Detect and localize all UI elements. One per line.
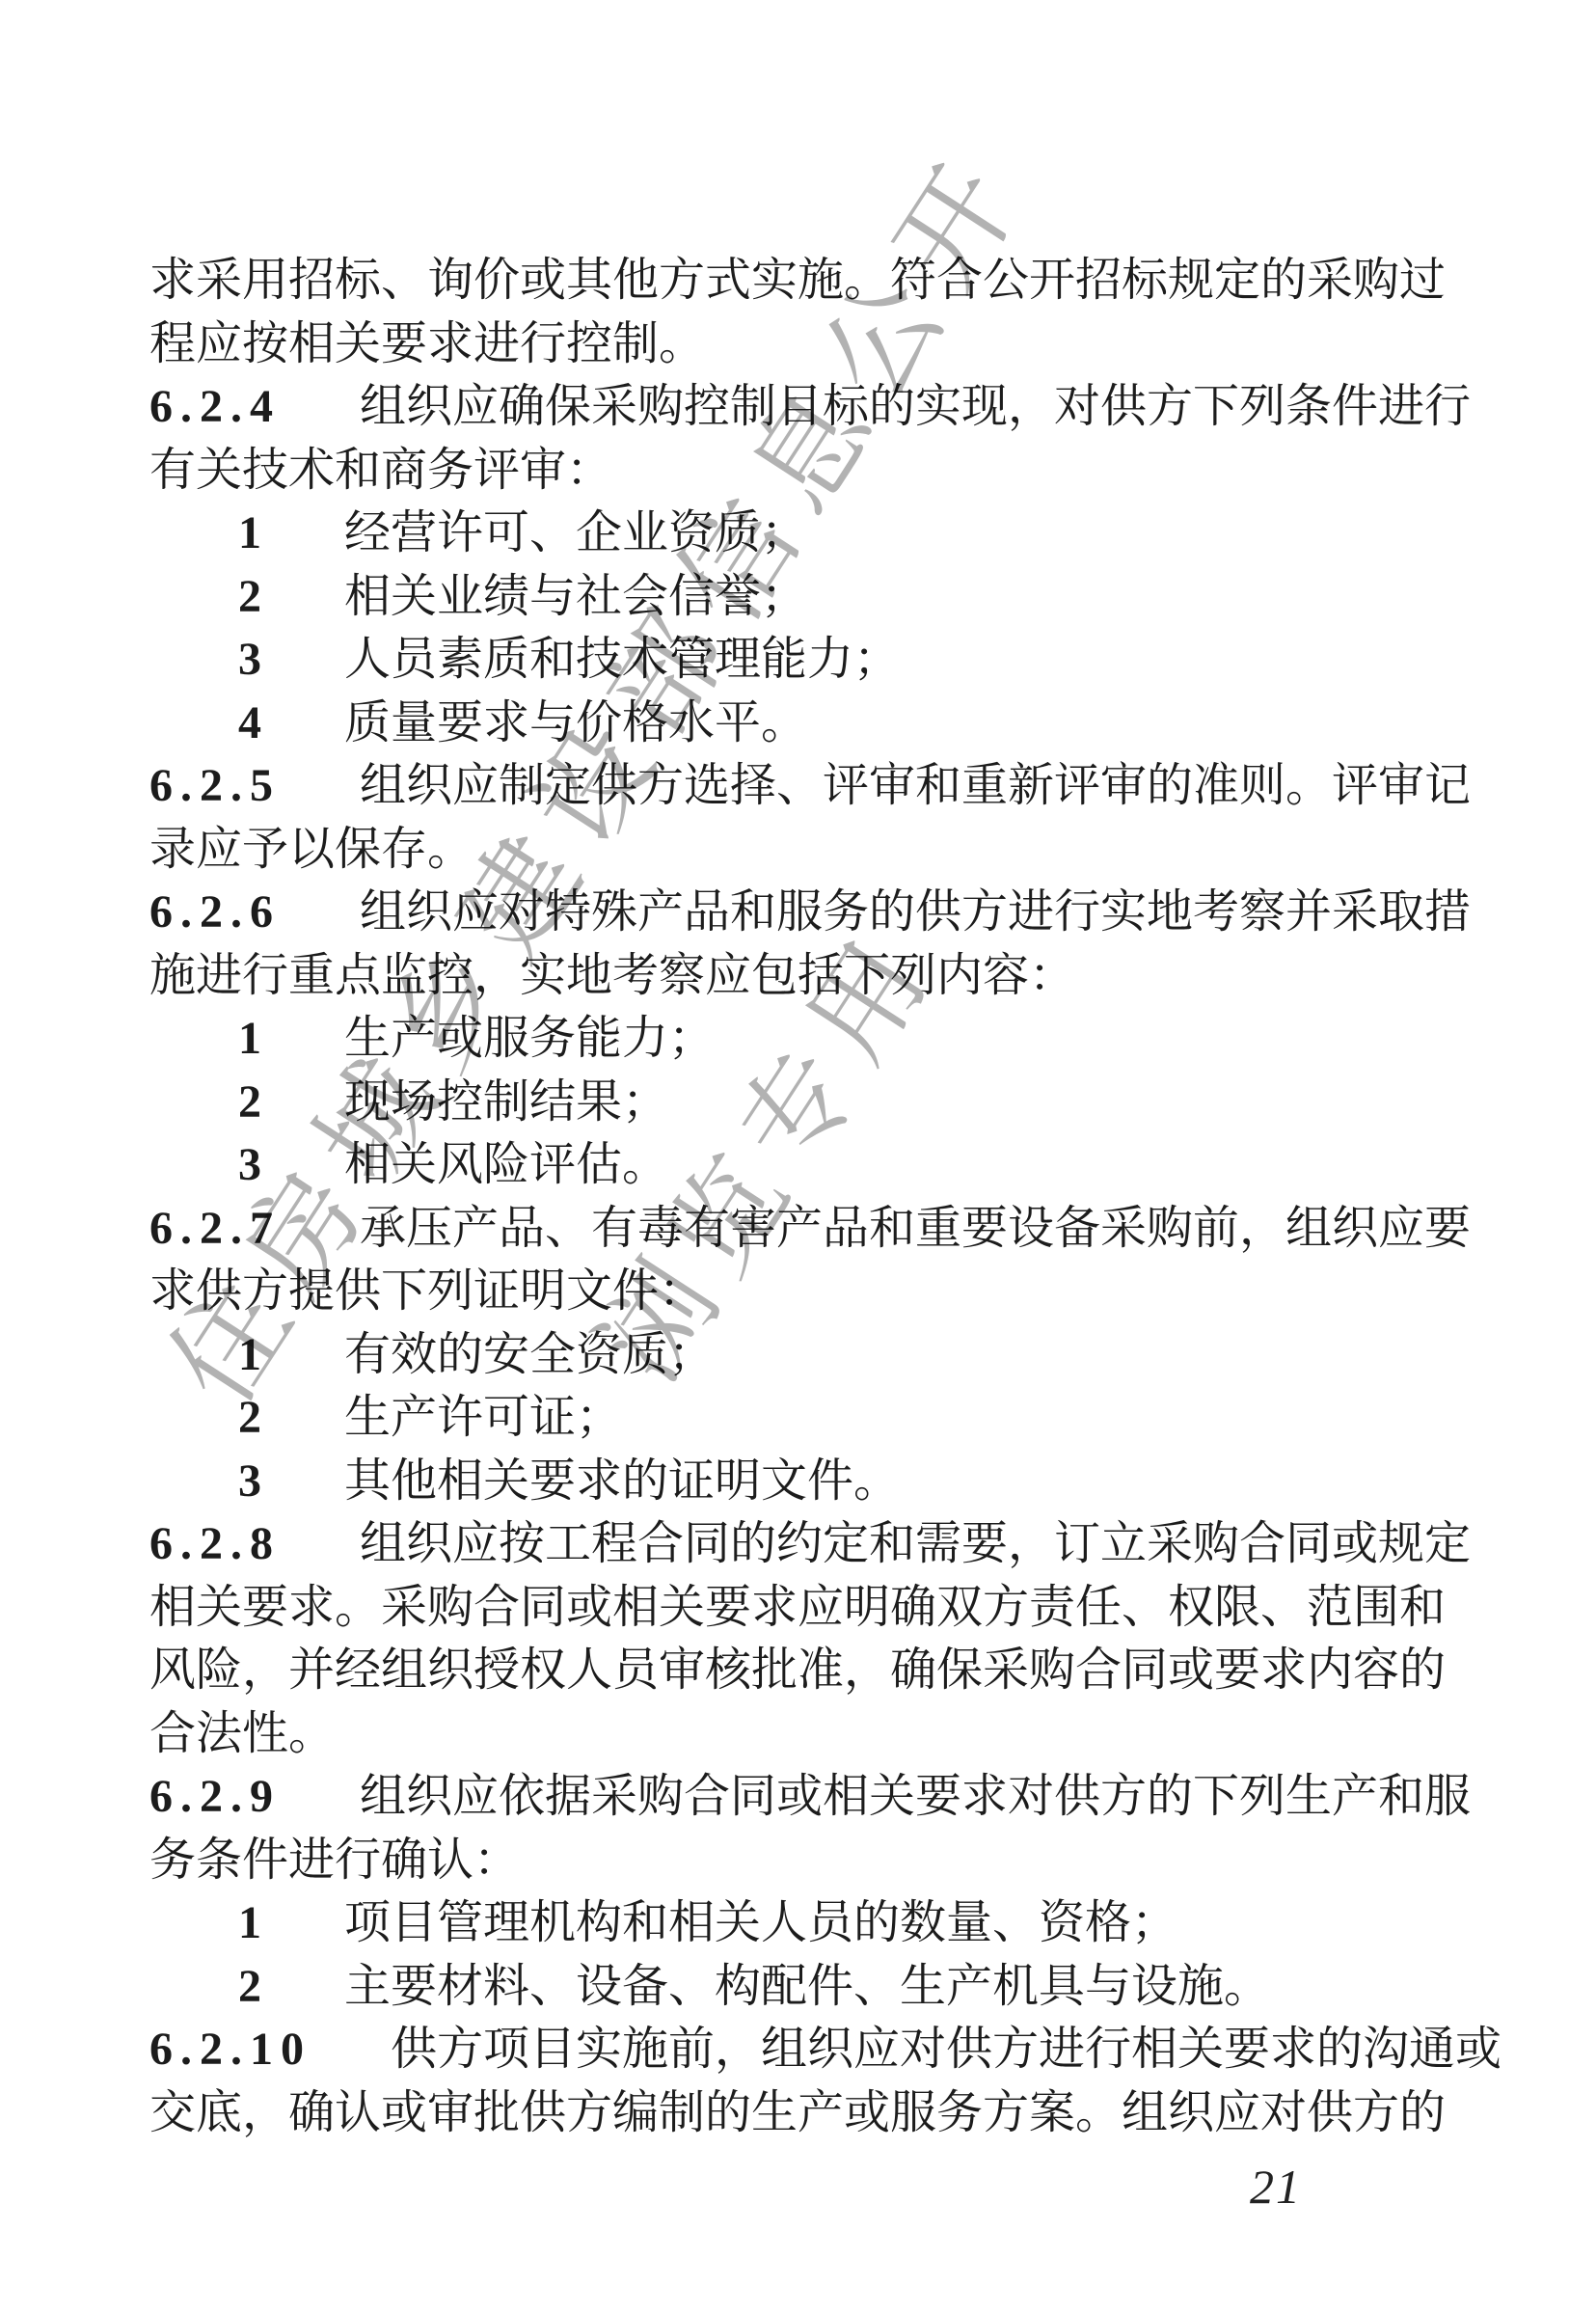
list-item-line: 1有效的安全资质； [149, 1323, 1451, 1387]
line-text: 生产许可证； [344, 1392, 622, 1443]
item-number: 4 [238, 697, 261, 748]
item-number: 1 [238, 1897, 261, 1948]
list-item-line: 2现场控制结果； [149, 1071, 1451, 1134]
line-text: 程应按相关要求进行控制。 [149, 318, 705, 369]
line-text: 组织应按工程合同的约定和需要，订立采购合同或规定 [360, 1518, 1471, 1569]
line-text: 相关风险评估。 [344, 1139, 668, 1190]
body-text-line: 求供方提供下列证明文件： [149, 1260, 1451, 1323]
body-text-line: 交底，确认或审批供方编制的生产或服务方案。组织应对供方的 [149, 2081, 1451, 2145]
clause-heading-line: 6.2.8组织应按工程合同的约定和需要，订立采购合同或规定 [149, 1512, 1451, 1576]
item-number: 3 [238, 1455, 261, 1507]
list-item-line: 3其他相关要求的证明文件。 [149, 1450, 1451, 1513]
body-text-line: 录应予以保存。 [149, 818, 1451, 882]
body-text-line: 施进行重点监控，实地考察应包括下列内容： [149, 944, 1451, 1008]
line-text: 供方项目实施前，组织应对供方进行相关要求的沟通或 [391, 2024, 1501, 2075]
line-text: 组织应确保采购控制目标的实现，对供方下列条件进行 [360, 381, 1471, 432]
body-text-line: 合法性。 [149, 1702, 1451, 1766]
list-item-line: 1生产或服务能力； [149, 1007, 1451, 1071]
item-number: 3 [238, 1139, 261, 1190]
clause-heading-line: 6.2.10供方项目实施前，组织应对供方进行相关要求的沟通或 [149, 2018, 1451, 2081]
clause-number: 6.2.8 [149, 1518, 281, 1569]
item-number: 2 [238, 1392, 261, 1443]
line-text: 务条件进行确认： [149, 1835, 520, 1886]
line-text: 求供方提供下列证明文件： [149, 1265, 705, 1317]
line-text: 求采用招标、询价或其他方式实施。符合公开招标规定的采购过 [149, 255, 1446, 306]
line-text: 组织应依据采购合同或相关要求对供方的下列生产和服 [360, 1771, 1471, 1822]
clause-number: 6.2.4 [149, 381, 281, 432]
clause-heading-line: 6.2.5组织应制定供方选择、评审和重新评审的准则。评审记 [149, 754, 1451, 818]
body-text-line: 风险，并经组织授权人员审核批准，确保采购合同或要求内容的 [149, 1639, 1451, 1702]
page-number: 21 [1250, 2159, 1302, 2215]
line-text: 项目管理机构和相关人员的数量、资格； [344, 1897, 1177, 1948]
line-text: 录应予以保存。 [149, 824, 473, 875]
clause-heading-line: 6.2.7承压产品、有毒有害产品和重要设备采购前，组织应要 [149, 1197, 1451, 1261]
line-text: 组织应制定供方选择、评审和重新评审的准则。评审记 [360, 760, 1471, 811]
line-text: 组织应对特殊产品和服务的供方进行实地考察并采取措 [360, 886, 1471, 938]
clause-number: 6.2.7 [149, 1203, 281, 1254]
line-text: 主要材料、设备、构配件、生产机具与设施。 [344, 1961, 1270, 2012]
list-item-line: 3人员素质和技术管理能力； [149, 628, 1451, 692]
line-text: 承压产品、有毒有害产品和重要设备采购前，组织应要 [360, 1203, 1471, 1254]
list-item-line: 2主要材料、设备、构配件、生产机具与设施。 [149, 1955, 1451, 2019]
list-item-line: 3相关风险评估。 [149, 1133, 1451, 1197]
line-text: 经营许可、企业资质； [344, 507, 807, 558]
item-number: 2 [238, 571, 261, 622]
line-text: 有效的安全资质； [344, 1329, 715, 1380]
list-item-line: 1项目管理机构和相关人员的数量、资格； [149, 1891, 1451, 1955]
item-number: 1 [238, 1329, 261, 1380]
line-text: 合法性。 [149, 1708, 335, 1759]
line-text: 人员素质和技术管理能力； [344, 634, 900, 685]
line-text: 施进行重点监控，实地考察应包括下列内容： [149, 950, 1075, 1001]
clause-heading-line: 6.2.6组织应对特殊产品和服务的供方进行实地考察并采取措 [149, 881, 1451, 944]
item-number: 2 [238, 1076, 261, 1128]
line-text: 生产或服务能力； [344, 1013, 715, 1064]
clause-number: 6.2.10 [149, 2024, 311, 2075]
item-number: 2 [238, 1961, 261, 2012]
line-text: 质量要求与价格水平。 [344, 697, 807, 748]
clause-number: 6.2.5 [149, 760, 281, 811]
item-number: 1 [238, 1013, 261, 1064]
body-text-line: 务条件进行确认： [149, 1829, 1451, 1892]
body-text-line: 有关技术和商务评审： [149, 439, 1451, 503]
line-text: 相关要求。采购合同或相关要求应明确双方责任、权限、范围和 [149, 1582, 1446, 1633]
line-text: 其他相关要求的证明文件。 [344, 1455, 900, 1507]
clause-heading-line: 6.2.9组织应依据采购合同或相关要求对供方的下列生产和服 [149, 1765, 1451, 1829]
list-item-line: 2生产许可证； [149, 1386, 1451, 1450]
clause-heading-line: 6.2.4组织应确保采购控制目标的实现，对供方下列条件进行 [149, 375, 1451, 439]
clause-number: 6.2.9 [149, 1771, 281, 1822]
line-text: 风险，并经组织授权人员审核批准，确保采购合同或要求内容的 [149, 1645, 1446, 1696]
line-text: 有关技术和商务评审： [149, 445, 612, 496]
document-page: 住房城乡建设部信息公开 浏览专用 求采用招标、询价或其他方式实施。符合公开招标规… [0, 0, 1596, 2311]
line-text: 相关业绩与社会信誉； [344, 571, 807, 622]
list-item-line: 2相关业绩与社会信誉； [149, 565, 1451, 629]
list-item-line: 4质量要求与价格水平。 [149, 692, 1451, 755]
body-text-line: 相关要求。采购合同或相关要求应明确双方责任、权限、范围和 [149, 1576, 1451, 1640]
item-number: 1 [238, 507, 261, 558]
page-body: 求采用招标、询价或其他方式实施。符合公开招标规定的采购过 程应按相关要求进行控制… [149, 249, 1451, 2144]
item-number: 3 [238, 634, 261, 685]
body-text-line: 求采用招标、询价或其他方式实施。符合公开招标规定的采购过 [149, 249, 1451, 313]
body-text-line: 程应按相关要求进行控制。 [149, 313, 1451, 376]
clause-number: 6.2.6 [149, 886, 281, 938]
line-text: 现场控制结果； [344, 1076, 668, 1128]
list-item-line: 1经营许可、企业资质； [149, 502, 1451, 565]
line-text: 交底，确认或审批供方编制的生产或服务方案。组织应对供方的 [149, 2087, 1446, 2138]
